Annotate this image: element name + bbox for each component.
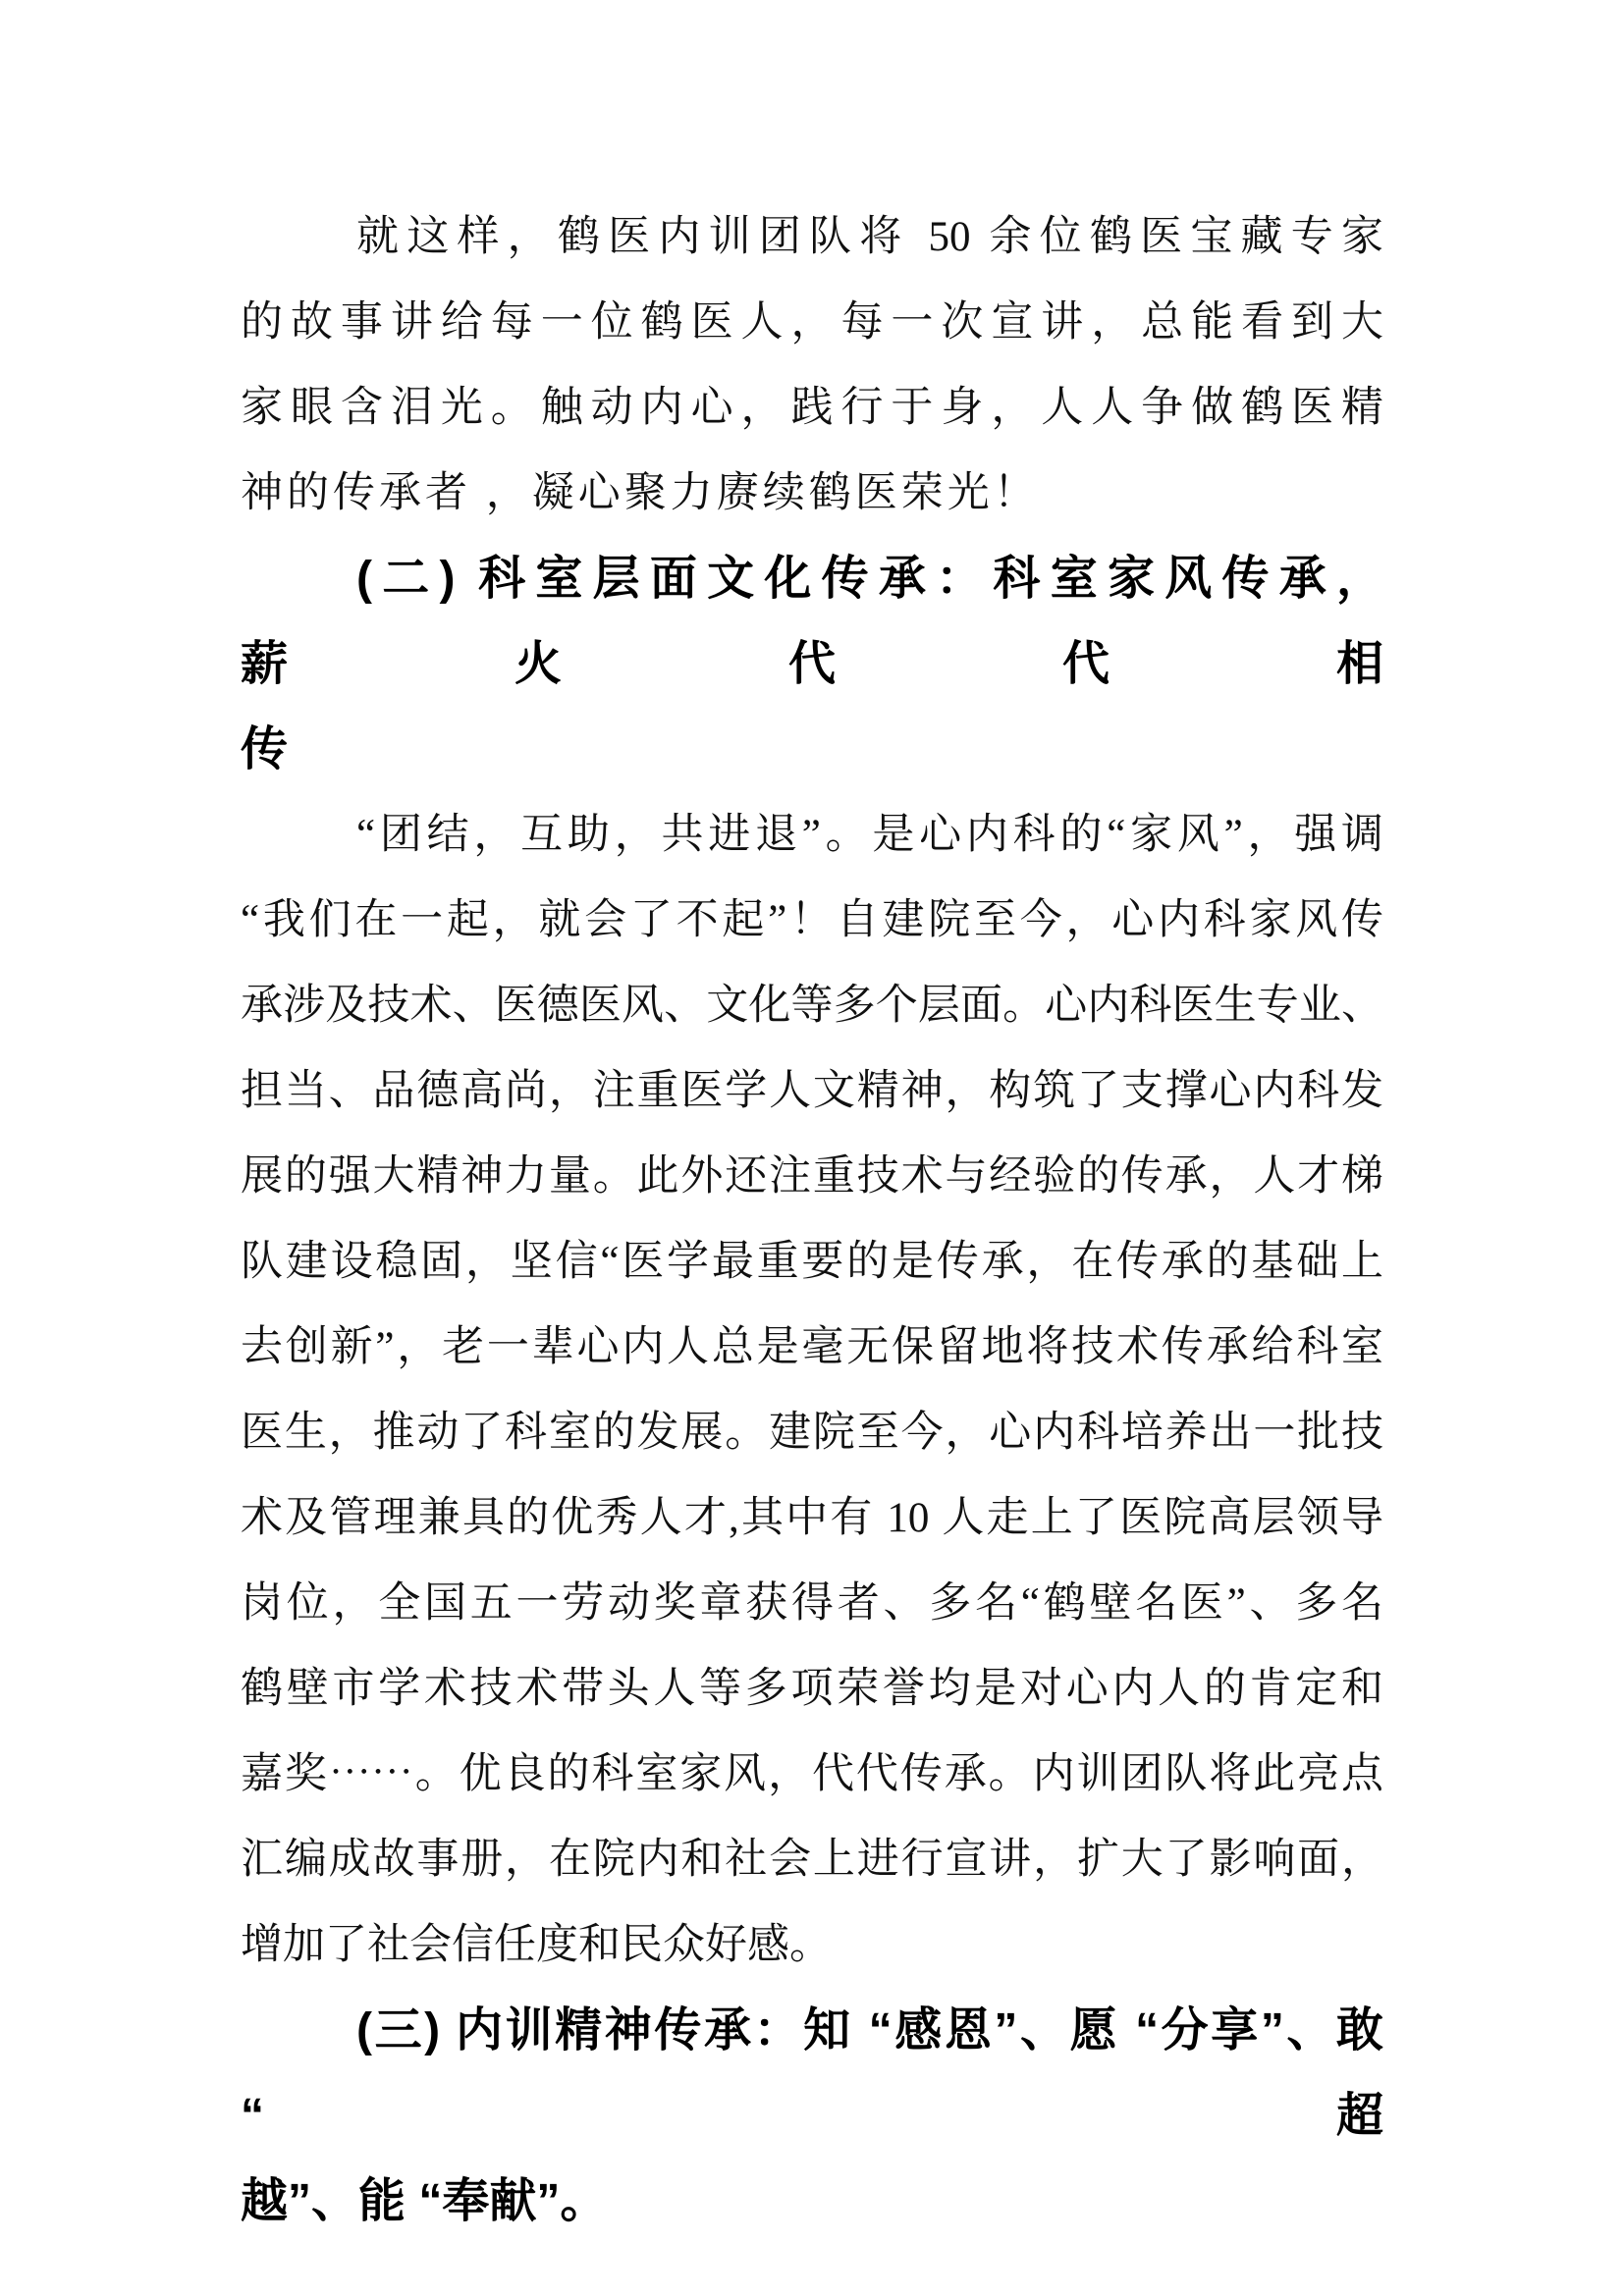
text-line: 嘉奖⋯⋯。优良的科室家风，代代传承。内训团队将此亮点 [241,1732,1383,1817]
text-line: 鹤壁市学术技术带头人等多项荣誉均是对心内人的肯定和 [241,1646,1383,1732]
page-content: 就这样，鹤医内训团队将 50 余位鹤医宝藏专家 的故事讲给每一位鹤医人，每一次宣… [241,194,1383,2244]
text-line: 队建设稳固，坚信“医学最重要的是传承，在传承的基础上 [241,1219,1383,1305]
heading-line: (三) 内训精神传承：知 “感恩”、愿 “分享”、敢 “超 [241,1988,1383,2159]
text-line: 的故事讲给每一位鹤医人，每一次宣讲，总能看到大 [241,280,1383,365]
text-line: 增加了社会信任度和民众好感。 [241,1902,1383,1988]
text-line: 神的传承者 ，凝心聚力赓续鹤医荣光！ [241,451,1383,536]
text-line: “团结，互助，共进退”。是心内科的“家风”，强调 [241,792,1383,878]
paragraph-family-culture: “团结，互助，共进退”。是心内科的“家风”，强调 “我们在一起，就会了不起”！自… [241,792,1383,1988]
text-line: 就这样，鹤医内训团队将 50 余位鹤医宝藏专家 [241,194,1383,280]
text-line: 汇编成故事册，在院内和社会上进行宣讲，扩大了影响面， [241,1817,1383,1902]
paragraph-intro: 就这样，鹤医内训团队将 50 余位鹤医宝藏专家 的故事讲给每一位鹤医人，每一次宣… [241,194,1383,536]
text-line: 展的强大精神力量。此外还注重技术与经验的传承，人才梯 [241,1134,1383,1219]
text-line: 家眼含泪光。触动内心，践行于身，人人争做鹤医精 [241,365,1383,451]
document-page: 就这样，鹤医内训团队将 50 余位鹤医宝藏专家 的故事讲给每一位鹤医人，每一次宣… [0,0,1624,2296]
text-line: 医生，推动了科室的发展。建院至今，心内科培养出一批技 [241,1390,1383,1475]
text-line: 承涉及技术、医德医风、文化等多个层面。心内科医生专业、 [241,963,1383,1048]
heading-line: (二) 科室层面文化传承：科室家风传承，薪火代代相 [241,536,1383,707]
heading-section-3: (三) 内训精神传承：知 “感恩”、愿 “分享”、敢 “超 越”、能 “奉献”。 [241,1988,1383,2244]
text-line: 担当、品德高尚，注重医学人文精神，构筑了支撑心内科发 [241,1048,1383,1134]
heading-section-2: (二) 科室层面文化传承：科室家风传承，薪火代代相 传 [241,536,1383,792]
heading-line: 传 [241,707,1383,792]
text-line: 去创新”，老一辈心内人总是毫无保留地将技术传承给科室 [241,1305,1383,1390]
text-line: 术及管理兼具的优秀人才,其中有 10 人走上了医院高层领导 [241,1475,1383,1561]
text-line: “我们在一起，就会了不起”！自建院至今，心内科家风传 [241,878,1383,963]
heading-line: 越”、能 “奉献”。 [241,2159,1383,2244]
text-line: 岗位，全国五一劳动奖章获得者、多名“鹤壁名医”、多名 [241,1561,1383,1646]
